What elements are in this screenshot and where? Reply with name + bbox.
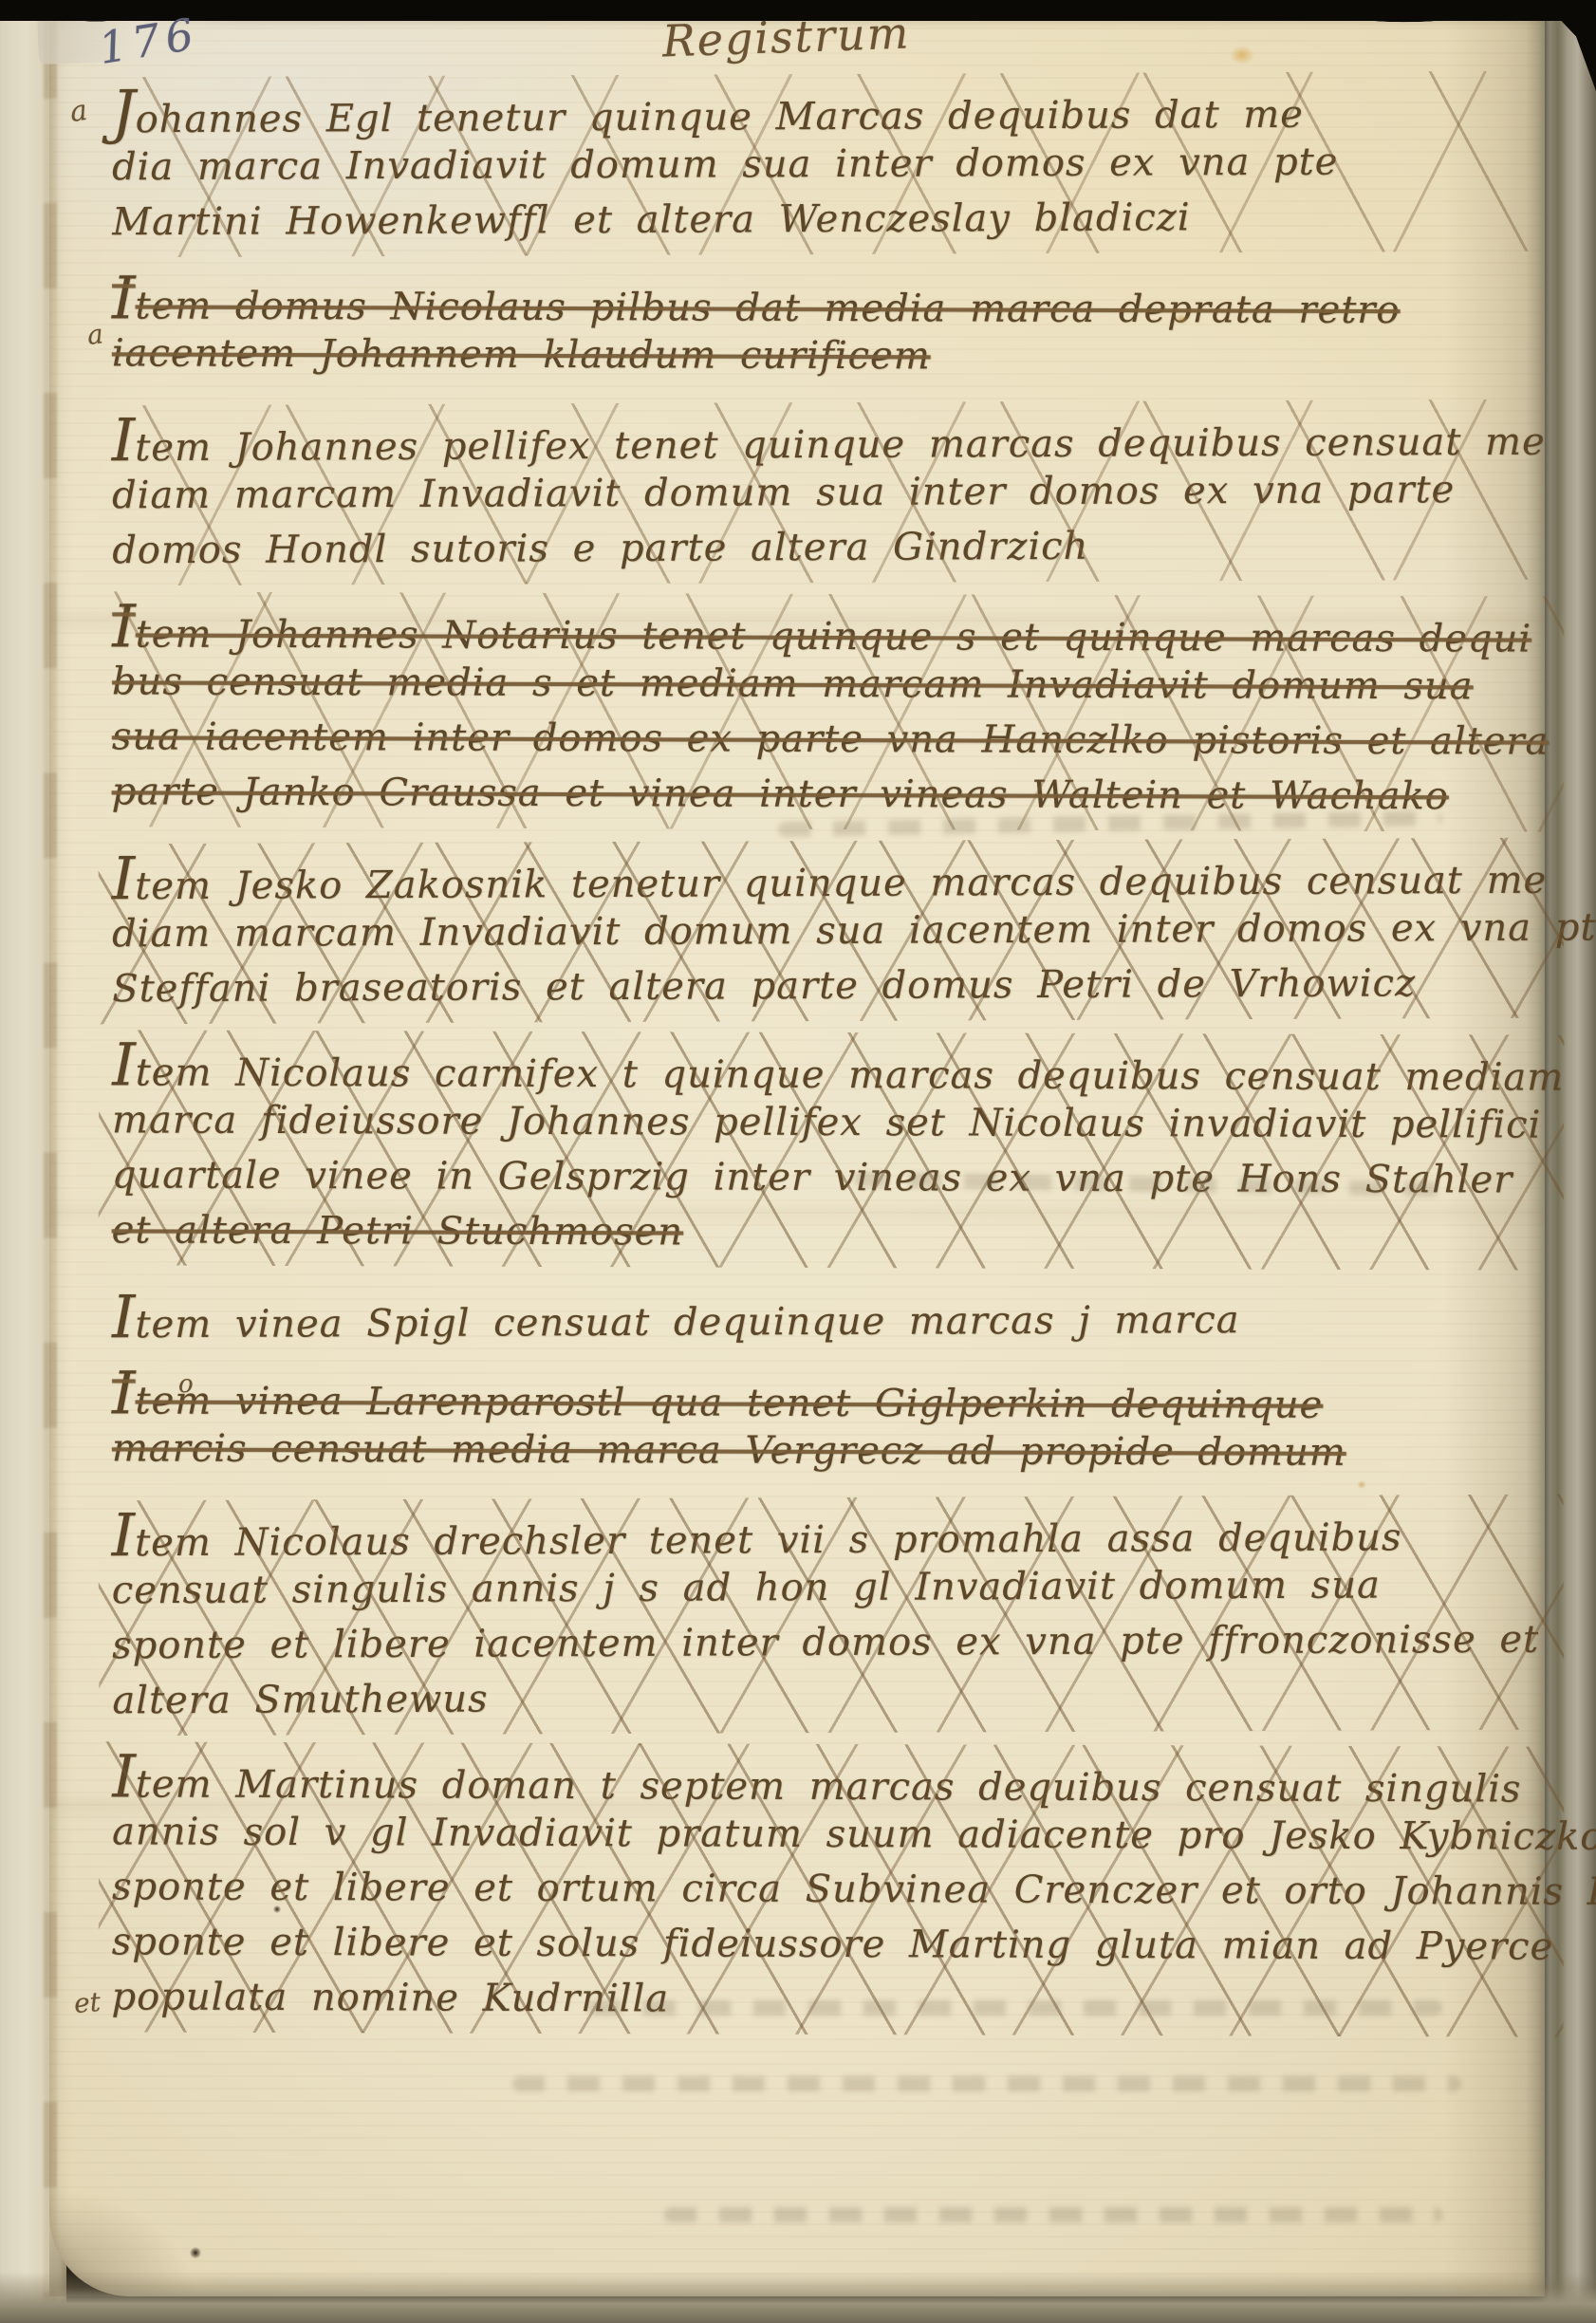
register-entry: Item Johannes Notarius tenet quinque s e… [112,599,1551,824]
manuscript-line: Item Nicolaus drechsler tenet vii s prom… [112,1502,1550,1564]
manuscript-line: quartale vinee in Gelsprzig inter vineas… [112,1147,1550,1207]
manuscript-line: Item domus Nicolaus pilbus dat media mar… [112,270,1550,330]
manuscript-line: altera Smuthewus [112,1667,1550,1729]
manuscript-line: sua iacentem inter domos ex parte vna Ha… [112,709,1550,769]
manuscript-line: parte Janko Craussa et vinea inter vinea… [112,764,1550,824]
register-entry: Item Nicolaus carnifex t quinque marcas … [112,1037,1551,1262]
manuscript-text-block: Johannes Egl tenetur quinque Marcas dequ… [112,82,1550,2054]
register-entry: Item Nicolaus drechsler tenet vii s prom… [112,1502,1551,1729]
manuscript-line: Item Johannes Notarius tenet quinque s e… [112,599,1550,659]
register-entry: Item domus Nicolaus pilbus dat media mar… [112,270,1550,385]
marginal-mark: a [85,318,104,351]
manuscript-line: domos Hondl sutoris e parte altera Gindr… [112,517,1550,579]
manuscript-line: marca fideiussore Johannes pellifex set … [112,1092,1550,1152]
manuscript-line: diam marcam Invadiavit domum sua inter d… [112,462,1550,524]
manuscript-photo: 176 Registrum a a o et Johannes Egl tene… [0,0,1596,2323]
manuscript-line: populata nomine Kudrnilla [111,1969,1550,2029]
manuscript-line: Item Jesko Zakosnik tenetur quinque marc… [112,846,1550,907]
running-title: Registrum [661,7,911,66]
register-entry: Item vinea Spigl censuat dequinque marca… [112,1284,1550,1346]
manuscript-line: Item Johannes pellifex tenet quinque mar… [112,407,1550,469]
manuscript-line: diam marcam Invadiavit domum sua iacente… [112,901,1550,962]
register-entry: Item Jesko Zakosnik tenetur quinque marc… [112,846,1551,1017]
manuscript-line: Martini Howenkewffl et altera Wenczeslay… [112,189,1550,251]
manuscript-line: Steffani braseatoris et altera parte dom… [112,956,1550,1017]
manuscript-line: Johannes Egl tenetur quinque Marcas dequ… [112,79,1550,140]
bottom-corner-shadow [49,2126,296,2296]
manuscript-line: bus censuat media s et mediam marcam Inv… [112,654,1550,714]
manuscript-line: iacentem Johannem klaudum curificem [112,325,1550,385]
manuscript-line: Item Martinus doman t septem marcas dequ… [112,1749,1550,1809]
manuscript-line: sponte et libere et solus fideiussore Ma… [112,1914,1550,1974]
marginal-mark: et [73,1986,102,2019]
manuscript-line: Item vinea Larenparostl qua tenet Giglpe… [112,1366,1550,1425]
manuscript-line: Item vinea Spigl censuat dequinque marca… [112,1284,1550,1346]
register-entry: Johannes Egl tenetur quinque Marcas dequ… [112,79,1551,251]
manuscript-line: dia marca Invadiavit domum sua inter dom… [112,134,1550,195]
manuscript-line: sponte et libere et ortum circa Subvinea… [112,1859,1550,1919]
manuscript-line: et altera Petri Stuchmosen [112,1202,1550,1262]
register-entry: Item Johannes pellifex tenet quinque mar… [112,407,1551,579]
register-entry: Item vinea Larenparostl qua tenet Giglpe… [112,1366,1550,1480]
register-entry: Item Martinus doman t septem marcas dequ… [111,1749,1550,2029]
book-underpages-bottom-edge [0,2272,1596,2323]
manuscript-line: Item Nicolaus carnifex t quinque marcas … [112,1037,1550,1097]
manuscript-line: annis sol v gl Invadiavit pratum suum ad… [112,1804,1550,1864]
manuscript-line: censuat singulis annis j s ad hon gl Inv… [112,1557,1550,1619]
manuscript-line: marcis censuat media marca Vergrecz ad p… [112,1421,1550,1480]
manuscript-line: sponte et libere iacentem inter domos ex… [112,1612,1550,1674]
